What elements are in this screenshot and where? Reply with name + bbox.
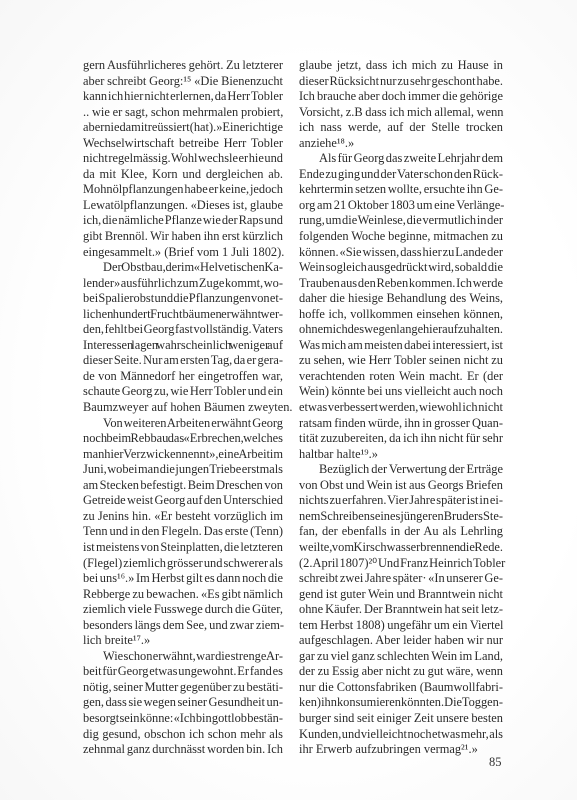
- text-line: aufgeschlagen. Aber leider haben wir nur: [299, 633, 503, 649]
- text-line: Kunden, und vielleicht noch etwas mehr, …: [299, 727, 503, 743]
- text-line: Getreide weist Georg auf den Unterschied: [83, 493, 283, 509]
- text-line: Trauben aus den Reben kommen. Ich werde: [299, 276, 503, 292]
- text-line: können. «Sie wissen, dass hier zu Lande …: [299, 245, 503, 261]
- text-line: den, fehlt bei Georg fast vollständig. V…: [83, 322, 283, 338]
- text-line: kehrtermin setzen wollte, ersuchte ihn G…: [299, 182, 503, 198]
- text-line: gern Ausführlicheres gehört. Zu letztere…: [83, 58, 283, 74]
- text-line: Baumzweyer auf hohen Bäumen zweyten.: [83, 400, 283, 416]
- text-line: zu Jenins hin. «Er besteht vorzüglich im: [83, 509, 283, 525]
- text-line: Wechselwirtschaft betreibe Herr Tobler: [83, 136, 283, 152]
- text-line: kann ich hier nicht erlernen, da Herr To…: [83, 89, 283, 105]
- text-line: Was mich am meisten dabei interessiert, …: [299, 338, 503, 354]
- text-line: da mit Klee, Korn und dergleichen ab.: [83, 167, 283, 183]
- text-line: von Obst und Wein ist aus Georgs Briefen: [299, 478, 503, 494]
- text-line: Der Obstbau, der im «Helvetischen Ka-: [83, 260, 283, 276]
- text-line: Von weiteren Arbeiten erwähnt Georg: [83, 416, 283, 432]
- right-text-column: glaube jetzt, dass ich mich zu Hause ind…: [299, 58, 503, 758]
- text-line: nötig, seiner Mutter gegenüber zu bestät…: [83, 680, 283, 696]
- text-line: besorgt sein könne: «Ich bin gottlob bes…: [83, 711, 283, 727]
- text-line: Wie schon erwähnt, war die strenge Ar-: [83, 649, 283, 665]
- text-line: nichts zu erfahren. Vier Jahre später is…: [299, 493, 503, 509]
- text-line: Ich brauche aber doch immer die gehörige: [299, 89, 503, 105]
- text-line: aber schreibt Georg:¹⁵ «Die Bienenzucht: [83, 74, 283, 90]
- text-line: lichen hundert Fruchtbäumen erwähnt wer-: [83, 307, 283, 323]
- text-line: zu sehen, wie Herr Tobler seinen nicht z…: [299, 353, 503, 369]
- text-line: besonders längs dem See, und zwar ziem-: [83, 618, 283, 634]
- text-line: nicht regelmässig. Wohl wechsle er hie u…: [83, 151, 283, 167]
- text-line: .. wie er sagt, schon mehrmalen probiert…: [83, 105, 283, 121]
- text-line: ist meistens von Steinplatten, die letzt…: [83, 540, 283, 556]
- text-line: Bezüglich der Verwertung der Erträge: [299, 462, 503, 478]
- text-line: glaube jetzt, dass ich mich zu Hause in: [299, 58, 503, 74]
- text-line: folgenden Woche beginne, mitmachen zu: [299, 229, 503, 245]
- text-line: ich, die nämliche Pflanze wie der Raps u…: [83, 213, 283, 229]
- text-line: etwas verbessert werden, wiewohl ich nic…: [299, 400, 503, 416]
- text-line: schreibt zwei Jahre später· «In unserer …: [299, 571, 503, 587]
- page-number: 85: [489, 755, 502, 770]
- text-line: Lewatölpflanzungen. «Dieses ist, glaube: [83, 198, 283, 214]
- text-line: Interessen lagen wahrscheinlich weniger …: [83, 338, 283, 354]
- text-line: man hier Verzwicken nennt», eine Arbeit …: [83, 447, 283, 463]
- text-line: Ende zu ging und der Vater schon den Rüc…: [299, 167, 503, 183]
- text-line: rung, um die Weinlese, die vermutlich in…: [299, 213, 503, 229]
- text-line: gibt Brennöl. Wir haben ihn erst kürzlic…: [83, 229, 283, 245]
- text-line: gend ist guter Wein und Branntwein nicht: [299, 587, 503, 603]
- text-line: verachtenden roten Wein macht. Er (der: [299, 369, 503, 385]
- text-line: Juni, wobei man die jungen Triebe erstma…: [83, 462, 283, 478]
- text-line: der zu Essig aber nicht zu gut wäre, wen…: [299, 664, 503, 680]
- text-line: ken) ihn konsumieren könnten. Die Toggen…: [299, 695, 503, 711]
- text-line: ich nass werde, auf der Stelle trocken: [299, 120, 503, 136]
- text-line: (2. April 1807)²⁰ Und Franz Heinrich Tob…: [299, 556, 503, 572]
- text-line: aber nie damit reüssiert (hat).» Eine ri…: [83, 120, 283, 136]
- text-line: anziehe¹⁸.»: [299, 136, 503, 152]
- text-line: tem Herbst 1808) ungefähr um ein Viertel: [299, 618, 503, 634]
- text-line: lender» ausführlich zum Zuge kommt, wo-: [83, 276, 283, 292]
- text-line: bei Spalierobst und die Pflanzungen von …: [83, 291, 283, 307]
- text-line: Mohnölpflanzungen habe er keine, jedoch: [83, 182, 283, 198]
- text-line: ratsam finden würde, ihn in grosser Quan…: [299, 416, 503, 432]
- text-line: dieser Rücksicht nur zu sehr geschont ha…: [299, 74, 503, 90]
- text-line: lich breite¹⁷.»: [83, 633, 283, 649]
- text-line: dig gesund, obschon ich schon mehr als: [83, 727, 283, 743]
- text-line: ohne Käufer. Der Branntwein hat seit let…: [299, 602, 503, 618]
- text-line: gen, dass sie wegen seiner Gesundheit un…: [83, 695, 283, 711]
- text-line: Wein) könnte bei uns vielleicht auch noc…: [299, 384, 503, 400]
- text-line: dieser Seite. Nur am ersten Tag, da er g…: [83, 353, 283, 369]
- text-line: weilte, vom Kirschwasserbrennen die Rede…: [299, 540, 503, 556]
- text-line: gar zu viel ganz schlechten Wein im Land…: [299, 649, 503, 665]
- text-line: am Stecken befestigt. Beim Dreschen von: [83, 478, 283, 494]
- text-line: haltbar halte¹⁹.»: [299, 447, 503, 463]
- text-line: (Flegel) ziemlich grösser und schwerer a…: [83, 556, 283, 572]
- text-line: Als für Georg das zweite Lehrjahr dem: [299, 151, 503, 167]
- text-line: Tenn und in den Flegeln. Das erste (Tenn…: [83, 524, 283, 540]
- text-line: zehnmal ganz durchnässt worden bin. Ich: [83, 742, 283, 758]
- text-line: Wein sogleich ausgedrückt wird, sobald d…: [299, 260, 503, 276]
- text-line: hoffe ich, vollkommen einsehen können,: [299, 307, 503, 323]
- text-line: Vorsicht, z.B dass ich mich allemal, wen…: [299, 105, 503, 121]
- text-line: de von Männedorf her eingetroffen war,: [83, 369, 283, 385]
- text-line: nur die Cottonsfabriken (Baumwollfabri-: [299, 680, 503, 696]
- text-line: daher die hiesige Behandlung des Weins,: [299, 291, 503, 307]
- text-line: schaute Georg zu, wie Herr Tobler und ei…: [83, 384, 283, 400]
- text-line: fan, der ebenfalls in der Au als Lehrlin…: [299, 524, 503, 540]
- text-line: ihr Erwerb aufzubringen vermag²¹.»: [299, 742, 503, 758]
- text-line: eingesammelt.» (Brief vom 1 Juli 1802).: [83, 245, 283, 261]
- text-line: tität zuzubereiten, da ich ihn nicht für…: [299, 431, 503, 447]
- text-line: burger sind seit einiger Zeit unsere bes…: [299, 711, 503, 727]
- text-line: ziemlich viele Fusswege durch die Güter,: [83, 602, 283, 618]
- text-line: org am 21 Oktober 1803 um eine Verlänge-: [299, 198, 503, 214]
- text-line: Rebberge zu bewachen. «Es gibt nämlich: [83, 587, 283, 603]
- text-line: nem Schreiben seines jüngeren Bruders St…: [299, 509, 503, 525]
- text-line: beit für Georg etwas ungewohnt. Er fand …: [83, 664, 283, 680]
- text-line: ohne mich deswegen lange hier aufzuhalte…: [299, 322, 503, 338]
- left-text-column: gern Ausführlicheres gehört. Zu letztere…: [83, 58, 283, 758]
- text-line: bei uns¹⁶.» Im Herbst gilt es dann noch …: [83, 571, 283, 587]
- text-line: noch beim Rebbau das «Erbrechen, welches: [83, 431, 283, 447]
